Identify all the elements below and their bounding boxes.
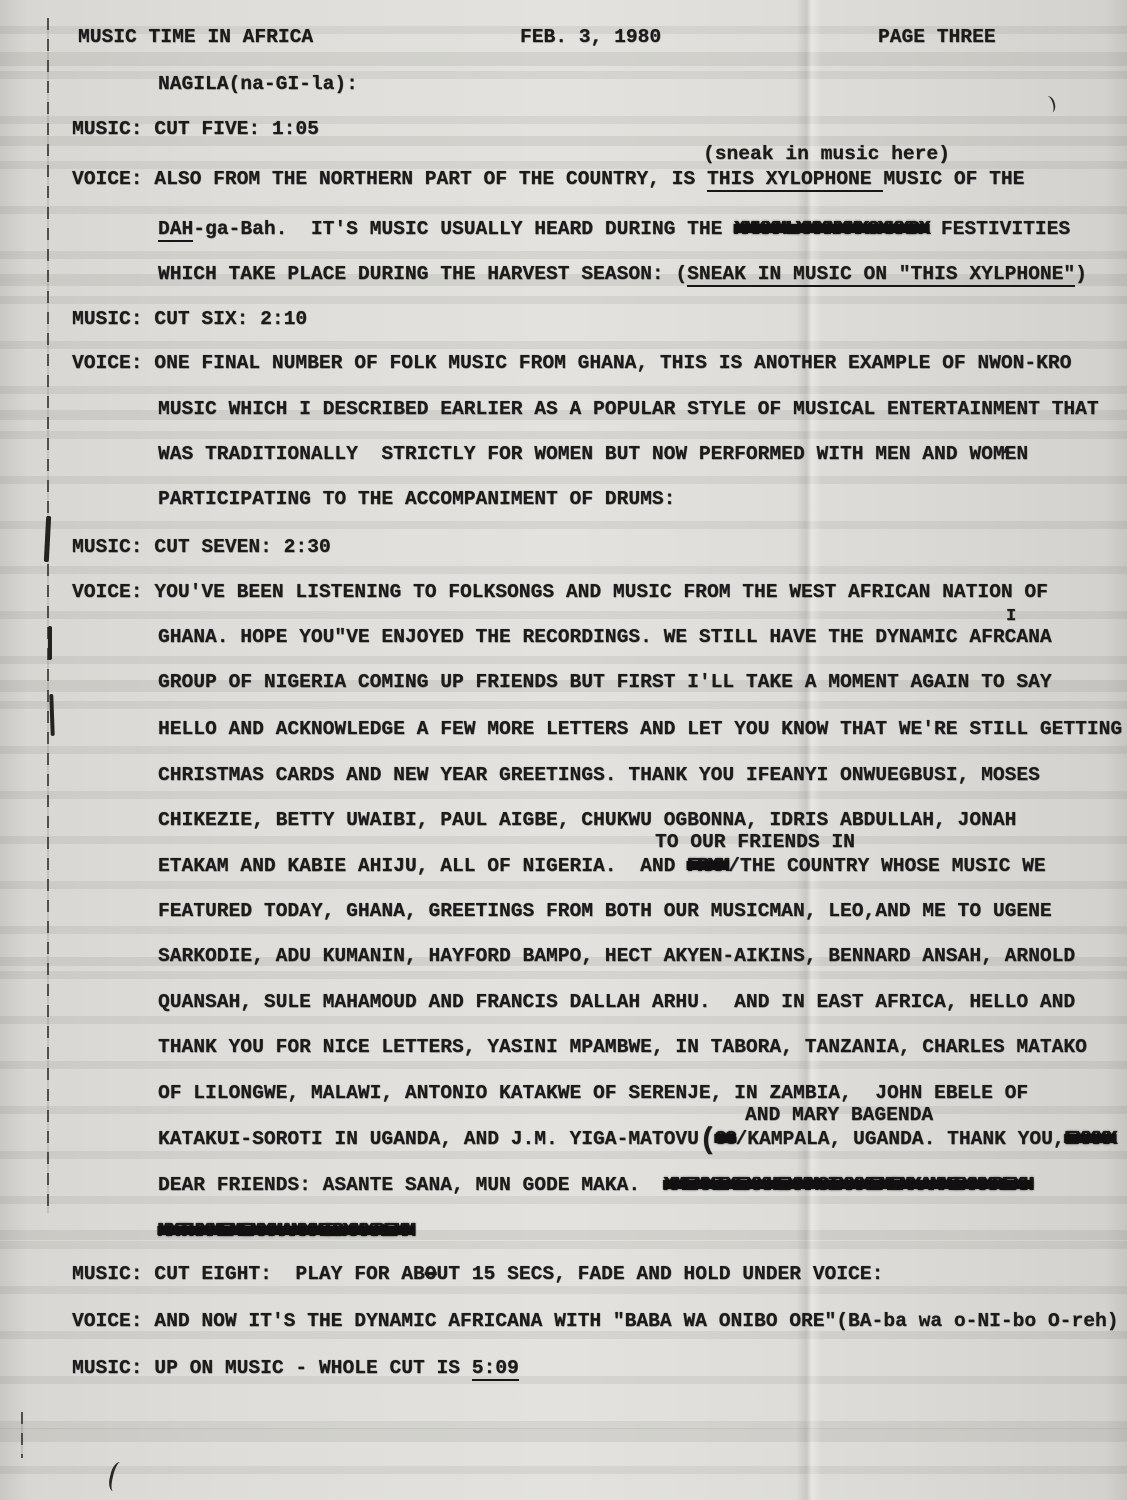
voice-text: FEATURED TODAY, GHANA, GREETINGS FROM BO… [158,900,1052,922]
inserted-letter-i: I [1006,604,1016,630]
voice-line: GHANA. HOPE YOU"VE ENJOYED THE RECORDING… [158,624,1052,650]
voice-line: VOICE: YOU'VE BEEN LISTENING TO FOLKSONG… [72,579,1048,605]
voice-text: CHRISTMAS CARDS AND NEW YEAR GREETINGS. … [158,764,1040,786]
typed-over-text: OG [715,1128,736,1150]
music-cue-eight: MUSIC: CUT EIGHT: PLAY FOR ABOUT 15 SECS… [72,1261,883,1287]
stage-direction-sneak: (sneak in music here) [703,141,950,167]
voice-line: THANK YOU FOR NICE LETTERS, YASINI MPAMB… [158,1034,1087,1060]
voice-line: CHIKEZIE, BETTY UWAIBI, PAUL AIGBE, CHUK… [158,807,1016,833]
voice-text: CHIKEZIE, BETTY UWAIBI, PAUL AIGBE, CHUK… [158,809,1016,831]
voice-text: KATAKUI-SOROTI IN UGANDA, AND J.M. YIGA-… [158,1128,699,1150]
broadcast-date: FEB. 3, 1980 [520,26,661,48]
inserted-phrase-friends: TO OUR FRIENDS IN [655,829,855,855]
voice-text: OF LILONGWE, MALAWI, ANTONIO KATAKWE OF … [158,1082,1028,1104]
voice-text: /KAMPALA, UGANDA. THANK YOU, [735,1128,1064,1150]
voice-line: VOICE: ONE FINAL NUMBER OF FOLK MUSIC FR… [72,350,1071,376]
voice-line: KATAKUI-SOROTI IN UGANDA, AND J.M. YIGA-… [158,1126,1116,1154]
pen-squiggle [107,1461,129,1494]
cue-text: MUSIC: CUT EIGHT: PLAY FOR AB [72,1263,425,1285]
voice-line: DEAR FRIENDS: ASANTE SANA, MUN GODE MAKA… [158,1172,1033,1198]
voice-text: VOICE: YOU'VE BEEN LISTENING TO FOLKSONG… [72,581,1048,603]
voice-line: SARKODIE, ADU KUMANIN, HAYFORD BAMPO, HE… [158,943,1075,969]
voice-text: /THE COUNTRY WHOSE MUSIC WE [728,855,1045,877]
music-cue-six: MUSIC: CUT SIX: 2:10 [72,306,307,332]
voice-text: VOICE: ALSO FROM THE NORTHERN PART OF TH… [72,168,707,190]
music-cue-seven: MUSIC: CUT SEVEN: 2:30 [72,534,331,560]
voice-line: WAS TRADITIONALLY STRICTLY FOR WOMEN BUT… [158,441,1028,467]
voice-line-closing: VOICE: AND NOW IT'S THE DYNAMIC AFRICANA… [72,1308,1118,1334]
typed-over-text: MXTHXMEMEMXMAMXMIBXMXREMM [158,1220,414,1242]
voice-line: HELLO AND ACKNOWLEDGE A FEW MORE LETTERS… [158,716,1122,742]
voice-text: MUSIC OF THE [883,168,1024,190]
voice-text: -ga-Bah. IT'S MUSIC USUALLY HEARD DURING… [193,218,734,240]
music-cue-five: MUSIC: CUT FIVE: 1:05 [72,116,319,142]
ink-blob [44,516,51,562]
inserted-phrase-mary: AND MARY BAGENDA [745,1102,933,1128]
pen-mark [1042,95,1057,114]
paper-streak [0,52,1127,66]
typed-over-text: FRXM [687,855,728,877]
inserted-text: TO OUR FRIENDS IN [655,831,855,853]
voice-text: THANK YOU FOR NICE LETTERS, YASINI MPAMB… [158,1036,1087,1058]
header-page-number: PAGE THREE [878,24,996,50]
voice-text: ETAKAM AND KABIE AHIJU, ALL OF NIGERIA. … [158,855,687,877]
voice-text: ) [1075,263,1087,285]
voice-text: GHANA. HOPE YOU"VE ENJOYED THE RECORDING… [158,626,1005,648]
voice-text: VOICE: AND NOW IT'S THE DYNAMIC AFRICANA… [72,1310,1118,1332]
voice-line-also: VOICE: ALSO FROM THE NORTHERN PART OF TH… [72,166,1024,192]
stage-direction-text: (sneak in music here) [703,143,950,165]
typed-over-line: MXTHXMEMEMXMAMXMIBXMXREMM [158,1218,414,1244]
voice-line: CHRISTMAS CARDS AND NEW YEAR GREETINGS. … [158,762,1040,788]
voice-line: FEATURED TODAY, GHANA, GREETINGS FROM BO… [158,898,1052,924]
page-number: PAGE THREE [878,26,996,48]
voice-text: MUSIC WHICH I DESCRIBED EARLIER AS A POP… [158,398,1099,420]
paper-streak [0,1428,1127,1442]
cue-text: MUSIC: CUT SIX: 2:10 [72,308,307,330]
header-title: MUSIC TIME IN AFRICA [78,24,313,50]
underlined-text: SNEAK IN MUSIC ON "THIS XYLPHONE" [687,263,1075,287]
voice-text: PARTICIPATING TO THE ACCOMPANIMENT OF DR… [158,488,675,510]
song-title-text: NAGILA(na-GI-la): [158,73,358,95]
typed-over-text: O [425,1263,437,1285]
voice-line-dah: DAH-ga-Bah. IT'S MUSIC USUALLY HEARD DUR… [158,216,1070,242]
margin-scan-line [47,18,49,1213]
header-date: FEB. 3, 1980 [520,24,661,50]
voice-line: ETAKAM AND KABIE AHIJU, ALL OF NIGERIA. … [158,853,1046,879]
typed-over-text: EXXXX [1065,1128,1116,1150]
show-title: MUSIC TIME IN AFRICA [78,26,313,48]
voice-text: QUANSAH, SULE MAHAMOUD AND FRANCIS DALLA… [158,991,1075,1013]
voice-text: VOICE: ONE FINAL NUMBER OF FOLK MUSIC FR… [72,352,1071,374]
underlined-text: 5:09 [472,1357,519,1381]
voice-text: FESTIVITIES [929,218,1070,240]
cue-text: UT 15 SECS, FADE AND HOLD UNDER VOICE: [437,1263,884,1285]
voice-line: GROUP OF NIGERIA COMING UP FRIENDS BUT F… [158,669,1052,695]
voice-line: PARTICIPATING TO THE ACCOMPANIMENT OF DR… [158,486,675,512]
voice-text: WAS TRADITIONALLY STRICTLY FOR WOMEN BUT… [158,443,1028,465]
voice-text: SARKODIE, ADU KUMANIN, HAYFORD BAMPO, HE… [158,945,1075,967]
margin-scan-line [21,1412,23,1458]
cue-text: MUSIC: CUT FIVE: 1:05 [72,118,319,140]
voice-text: WHICH TAKE PLACE DURING THE HARVEST SEAS… [158,263,687,285]
voice-text: DEAR FRIENDS: ASANTE SANA, MUN GODE MAKA… [158,1174,664,1196]
inserted-text: I [1006,607,1016,626]
voice-text: GROUP OF NIGERIA COMING UP FRIENDS BUT F… [158,671,1052,693]
underlined-text: DAH [158,218,193,242]
ink-blob [49,694,54,736]
script-page: ’ MUSIC TIME IN AFRICA FEB. 3, 1980 PAGE… [0,0,1127,1500]
handwritten-paren: ( [699,1124,715,1158]
inserted-text: AND MARY BAGENDA [745,1104,933,1126]
voice-text: HELLO AND ACKNOWLEDGE A FEW MORE LETTERS… [158,718,1122,740]
voice-line: MUSIC WHICH I DESCRIBED EARLIER AS A POP… [158,396,1099,422]
cue-text: MUSIC: CUT SEVEN: 2:30 [72,536,331,558]
voice-line-which: WHICH TAKE PLACE DURING THE HARVEST SEAS… [158,261,1087,287]
voice-line: QUANSAH, SULE MAHAMOUD AND FRANCIS DALLA… [158,989,1075,1015]
underlined-text: THIS XYLOPHONE [707,168,883,192]
typed-over-text: XMEMXIXEXXHEXMMSIXXXEMEMXAMMIXMXREXH [664,1174,1033,1196]
music-cue-up: MUSIC: UP ON MUSIC - WHOLE CUT IS 5:09 [72,1355,519,1381]
typed-over-text: XMKXMLXMXNXMXSXKXDX [734,218,929,240]
cue-text: MUSIC: UP ON MUSIC - WHOLE CUT IS [72,1357,472,1379]
ink-blob [48,626,52,660]
song-title-nagila: NAGILA(na-GI-la): [158,71,358,97]
